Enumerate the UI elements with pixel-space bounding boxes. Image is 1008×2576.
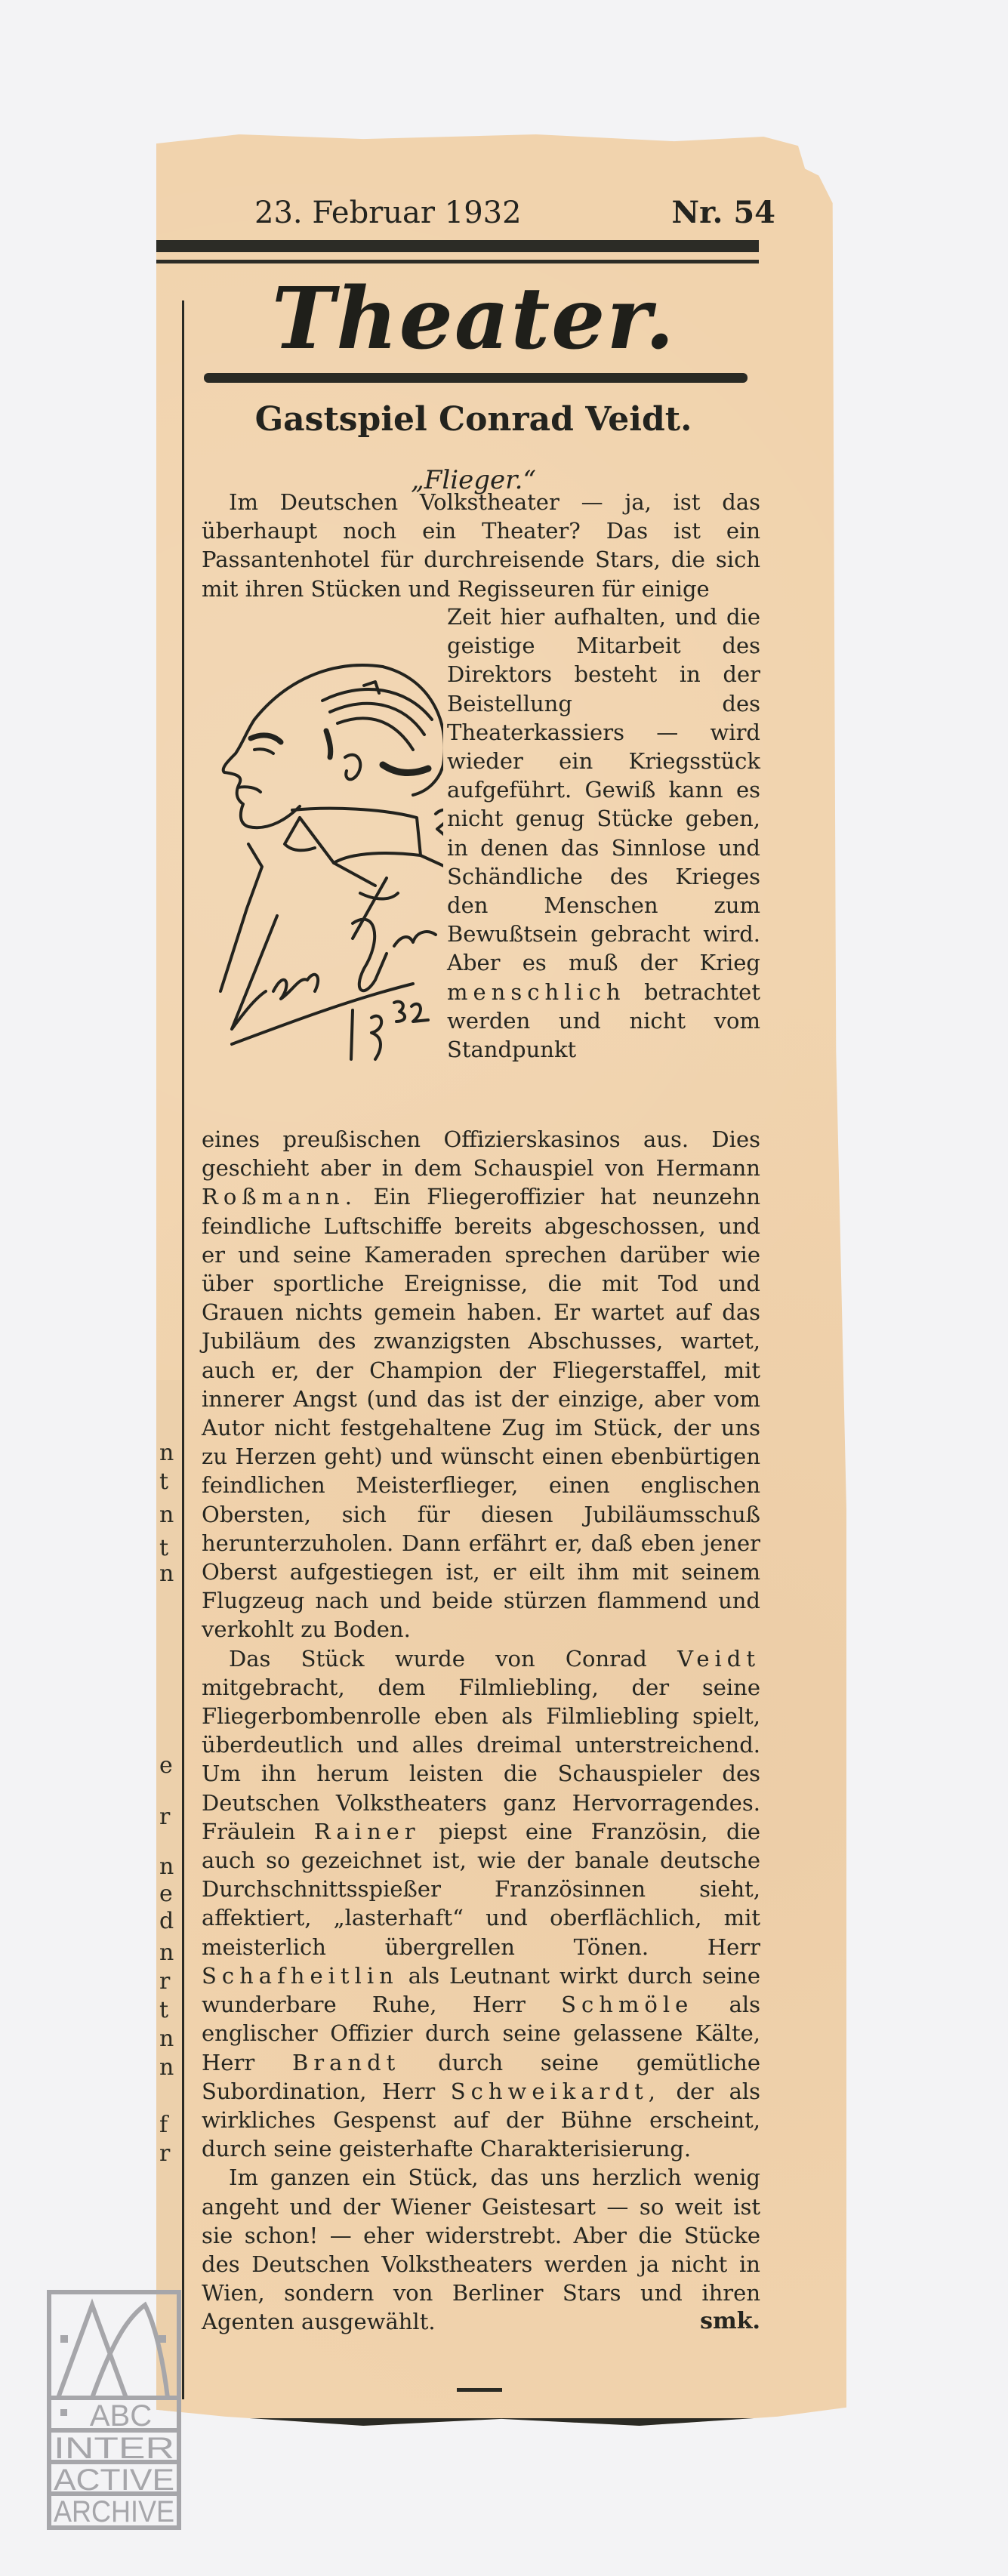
fragment-letter: r (159, 1967, 177, 1996)
issue-number: Nr. 54 (672, 195, 775, 230)
text-run: Das Stück wurde von Conrad (229, 1646, 647, 1672)
fragment-letter: n (159, 1560, 177, 1588)
fragment-letter: n (159, 1501, 177, 1530)
paragraph: Im Deutschen Volkstheater — ja, ist das … (202, 488, 760, 603)
fragment-letter: t (159, 1534, 177, 1563)
fragment-letter: n (159, 2025, 177, 2054)
fragment-letter: n (159, 2054, 177, 2082)
text-run: eines preußischen Offizierskasinos aus. … (202, 1126, 760, 1181)
logo-line: ARCHIVE (54, 2495, 174, 2528)
fragment-letter: n (159, 1939, 177, 1967)
author-name: Roßmann. (202, 1184, 357, 1209)
fragment-letter: e (159, 1752, 177, 1780)
logo-line: ACTIVE (54, 2464, 174, 2497)
actor-name: Brandt (292, 2050, 400, 2075)
fragment-letter: r (159, 2140, 177, 2168)
actor-name: Schweikardt, (451, 2078, 661, 2104)
header-rule-thin (156, 260, 759, 263)
text-run: Zeit hier aufhalten, und die geistige Mi… (447, 604, 760, 975)
issue-date: 23. Februar 1932 (254, 196, 522, 230)
paragraph: Im ganzen ein Stück, das uns herzlich we… (202, 2163, 760, 2336)
author-signature: smk. (673, 2307, 760, 2336)
fragment-letter: f (159, 2111, 177, 2140)
paragraph: Zeit hier aufhalten, und die geistige Mi… (447, 602, 760, 1064)
fragment-letter: n (159, 1439, 177, 1468)
issue-header: 23. Februar 1932 Nr. 54 (254, 195, 775, 230)
fragment-letter: r (159, 1803, 177, 1832)
fragment-letter: d (159, 1907, 177, 1936)
bottom-rule (168, 2418, 760, 2427)
article-text-beside-portrait: Zeit hier aufhalten, und die geistige Mi… (447, 602, 760, 1064)
actor-name: Schafheitlin (202, 1963, 399, 1989)
actor-name: Schmöle (561, 1992, 693, 2017)
logo-line: INTER (54, 2432, 174, 2465)
text-run: Ein Fliegeroffizier hat neunzehn feindli… (202, 1184, 760, 1642)
fragment-letter: n (159, 1853, 177, 1881)
newspaper-clipping: n t n t n e r n e d n r t n n f r 23. Fe… (156, 134, 846, 2426)
column-divider (182, 300, 184, 2399)
article-headline: Gastspiel Conrad Veidt. (202, 400, 745, 439)
emphasized-word: menschlich (447, 979, 626, 1005)
end-of-article-dash (457, 2388, 502, 2392)
title-underline (204, 373, 748, 383)
header-rule-thick (156, 240, 759, 252)
fragment-letter: t (159, 1996, 177, 2025)
fragment-letter: t (159, 1468, 177, 1496)
paragraph: Das Stück wurde von Conrad Veidt mitgebr… (202, 1644, 760, 2164)
logo-line: ABC (90, 2399, 152, 2433)
actor-name: Rainer (314, 1819, 421, 1844)
paragraph: eines preußischen Offizierskasinos aus. … (202, 1125, 760, 1644)
abc-interactive-archive-logo-icon: ABC INTER ACTIVE ARCHIVE (47, 2290, 181, 2530)
article-intro: Im Deutschen Volkstheater — ja, ist das … (202, 488, 760, 603)
fragment-letter: e (159, 1880, 177, 1909)
adjacent-column-fragment: n t n t n e r n e d n r t n n f r (156, 1380, 180, 2426)
actor-name: Veidt (677, 1646, 760, 1672)
portrait-caricature-icon (202, 636, 443, 1105)
article-body: eines preußischen Offizierskasinos aus. … (202, 1125, 760, 2337)
section-title: Theater. (200, 270, 748, 368)
